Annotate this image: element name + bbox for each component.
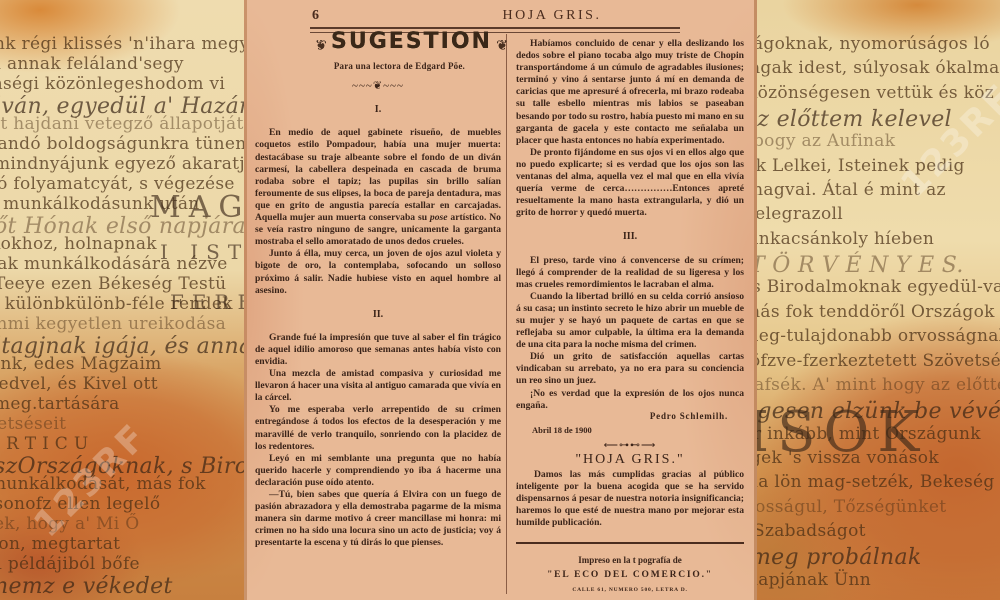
paragraph: En medio de aquel gabinete risueño, de m… (255, 127, 501, 248)
collage-text-line: Kedvel, és Kivel ott (0, 374, 158, 394)
collage-headline-letters: I IST (160, 240, 244, 264)
section-numeral: II. (255, 309, 501, 321)
left-background-collage: nk régi klissés 'n'ihara megyrendn annak… (0, 0, 244, 600)
collage-text-line: T Ö R V É N Y E S. (757, 253, 964, 278)
right-background-collage: ágoknak, nyomorúságos lóagak idest, súly… (757, 0, 1000, 600)
author-signature: Pedro Schlemilh. (516, 410, 728, 422)
collage-text-line: ahmi kegyetlen ureikodása (0, 314, 226, 334)
collage-text-line: nemz e vékedet (0, 574, 173, 599)
paragraph: El preso, tarde vino á convencerse de su… (516, 255, 744, 291)
paragraph: De pronto fijándome en sus ojos vi en el… (516, 147, 744, 220)
italic-word: pose (430, 212, 448, 223)
publisher-notice: ⟵⊶⊷⟶ "HOJA GRIS." Damos las más cumplida… (516, 440, 744, 530)
paragraph: —Tú, bien sabes que quería á Elvira con … (255, 489, 501, 549)
collage-text-line: na lön mag-setzék, Bekeség (757, 472, 995, 492)
printer-address: CALLE 61, NUMERO 500, LETRA D. (516, 584, 744, 596)
collage-text-line: kokhoz, holnapnak (0, 234, 157, 254)
collage-text-line: 's Birodalmoknak egyedül-való (757, 277, 1000, 297)
collage-text-line: inkacsánkoly híeben (757, 229, 934, 249)
section-numeral: III. (516, 231, 744, 243)
collage-text-line: n annak feláland'segy (0, 54, 184, 74)
collage-text-line: bogy az Aufinak (757, 131, 895, 151)
notice-title: "HOJA GRIS." (516, 454, 744, 466)
collage-text-line: más fok tenddöről Országok (757, 302, 995, 322)
article-title: SUGESTION (317, 36, 506, 48)
collage-text-line: ai példájiból bőfe (0, 554, 140, 574)
collage-text-line: pelegrazoll (757, 204, 843, 224)
collage-text-line: Ó R T I C U (0, 434, 88, 454)
title-ornament: ~~~❦~~~ (255, 80, 501, 92)
paragraph: Cuando la libertad brilló en su celda co… (516, 291, 744, 351)
page-edge-right (754, 0, 757, 600)
paragraph: Yo me esperaba verlo arrepentido de su c… (255, 404, 501, 452)
collage-text-line: tetséseit (0, 414, 66, 434)
collage-text-line: agak idest, súlyosak ókalmaz (757, 58, 1000, 78)
page-number: 6 (312, 8, 319, 24)
collage-headline-letters: FEREY (170, 290, 244, 314)
collage-text-line: meg probálnak (757, 545, 922, 570)
notice-ornament: ⟵⊶⊷⟶ (516, 440, 744, 452)
paragraph: ¡No es verdad que la expresión de los oj… (516, 388, 744, 412)
section-numeral: I. (255, 104, 501, 116)
running-header: 6 HOJA GRIS. (312, 8, 697, 24)
right-column: Habíamos concluido de cenar y ella desli… (516, 34, 744, 600)
collage-text-line: onk, édes Magzaim (0, 354, 162, 374)
printer-name: "EL ECO DEL COMERCIO." (516, 569, 744, 581)
collage-headline-letters: MAGYA (150, 190, 244, 225)
paragraph: Grande fué la impresión que tuve al sabe… (255, 332, 501, 368)
collage-text-line: leg-tulajdonabb orvosságnak lenni (757, 326, 1000, 346)
left-column: SUGESTION Para una lectora de Edgard Põe… (255, 34, 501, 549)
paragraph: Dió un grito de satisfacción aquellas ca… (516, 351, 744, 387)
newspaper-page: 6 HOJA GRIS. SUGESTION Para una lectora … (244, 0, 757, 600)
collage-text-line: meg.tartására (0, 394, 120, 414)
collage-text-line: at hajdani vetegző állapotját (0, 114, 244, 134)
paragraph: Habíamos concluido de cenar y ella desli… (516, 38, 744, 147)
page-edge-left (244, 0, 247, 600)
collage-text-line: dosságul, Tőzségünket (757, 497, 946, 517)
collage-text-line: közönségesen vettük és köz (757, 83, 994, 103)
article-dedication: Para una lectora de Edgard Põe. (255, 60, 465, 72)
collage-text-line: Szabadságot (757, 521, 866, 541)
collage-text-line: ágoknak, nyomorúságos ló (757, 34, 990, 54)
collage-text-line: napjának Ünn (757, 570, 871, 590)
running-title: HOJA GRIS. (402, 8, 702, 24)
imprint-line: Impreso en la t pografía de (516, 554, 744, 566)
paragraph: Una mezcla de amistad compasiva y curios… (255, 368, 501, 404)
collage-text-line: inségi közönlegeshodom vi (0, 74, 225, 94)
imprint-rule (516, 542, 744, 544)
collage-text-line: llandó boldogságunkra tünend (0, 134, 244, 154)
collage-text-line: nk régi klissés 'n'ihara megyrend (0, 34, 244, 54)
paragraph: Junto á élla, muy cerca, un joven de ojo… (255, 248, 501, 296)
collage-text-line: az előttem kelevel (757, 107, 952, 132)
collage-text-line: mindnyájunk egyező akaratját (0, 154, 244, 174)
column-divider (506, 34, 507, 594)
notice-text: Damos las más cumplidas gracias al públi… (516, 469, 744, 529)
paragraph: Leyó en mi semblante una pregunta que no… (255, 453, 501, 489)
collage-text-line: tafsék. A' mint hogy az előttem (757, 375, 1000, 395)
collage-headline-letters: ISOK (757, 400, 927, 465)
collage-text-line: öfzve-fzerkeztetett Szövetségünk (757, 351, 1000, 371)
article-date: Abril 18 de 1900 (532, 424, 744, 436)
